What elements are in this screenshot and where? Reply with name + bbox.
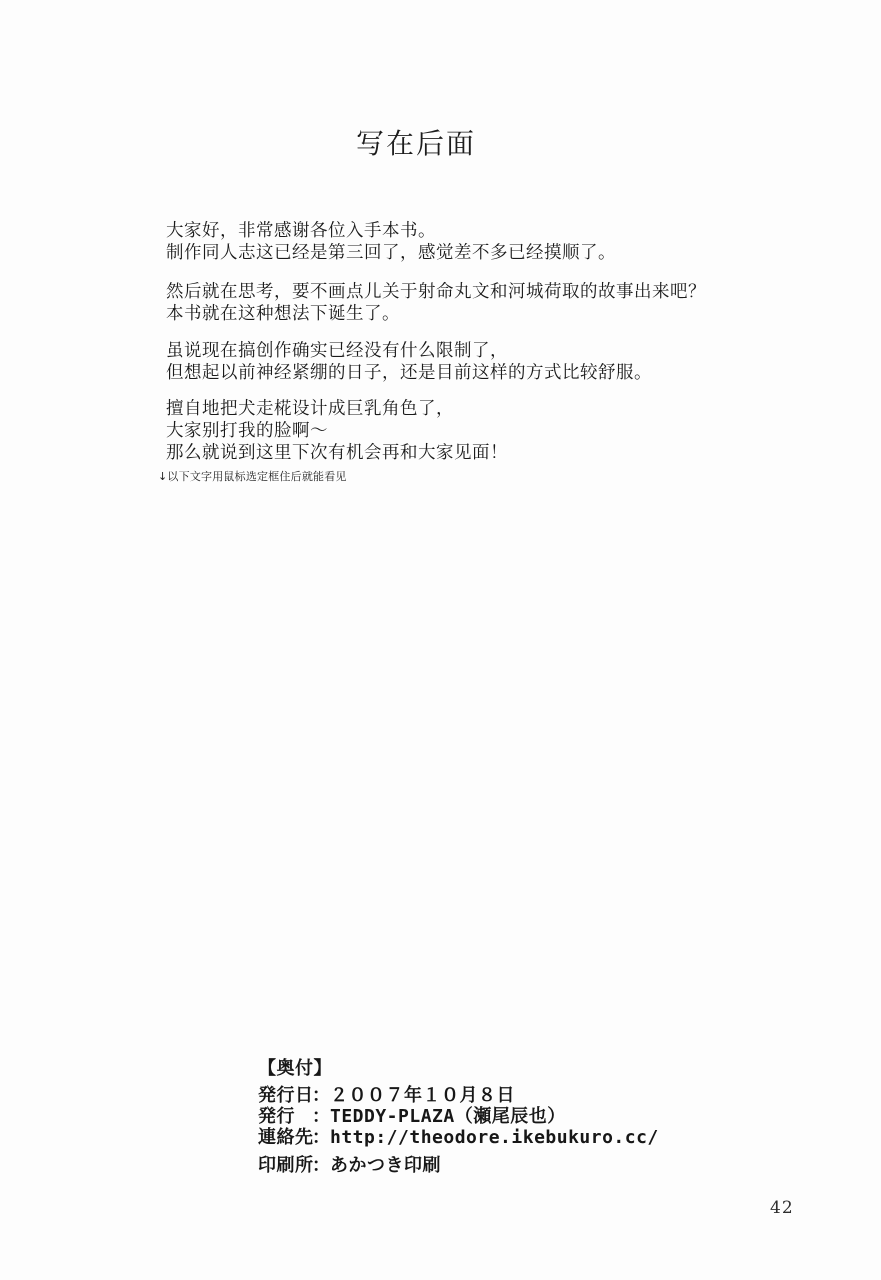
colophon-colon: ： bbox=[312, 1106, 330, 1127]
hidden-text-selection-hint: ↓以下文字用鼠标选定框住后就能看见 bbox=[158, 470, 347, 484]
colophon-colon: ： bbox=[312, 1085, 330, 1106]
colophon-block: 【奥付】 発行日：２００７年１０月８日 発行：TEDDY-PLAZA（瀬尾辰也）… bbox=[258, 1058, 659, 1176]
scanned-afterword-page: 写在后面 大家好，非常感谢各位入手本书。 制作同人志这已经是第三回了，感觉差不多… bbox=[0, 0, 881, 1280]
colophon-row-publish-date: 発行日：２００７年１０月８日 bbox=[258, 1085, 659, 1106]
colophon-value: あかつき印刷 bbox=[330, 1155, 441, 1176]
colophon-rows: 発行日：２００７年１０月８日 発行：TEDDY-PLAZA（瀬尾辰也） 連絡先：… bbox=[258, 1085, 659, 1176]
colophon-colon: ： bbox=[312, 1127, 330, 1148]
colophon-row-publisher: 発行：TEDDY-PLAZA（瀬尾辰也） bbox=[258, 1106, 659, 1127]
afterword-paragraph: 然后就在思考，要不画点儿关于射命丸文和河城荷取的故事出来吧？ 本书就在这种想法下… bbox=[166, 281, 706, 325]
page-number: 42 bbox=[770, 1198, 794, 1218]
afterword-line: 本书就在这种想法下诞生了。 bbox=[166, 303, 706, 325]
afterword-line: 制作同人志这已经是第三回了，感觉差不多已经摸顺了。 bbox=[166, 242, 616, 264]
afterword-line: 虽说现在搞创作确实已经没有什么限制了， bbox=[166, 340, 652, 362]
afterword-line: 大家好，非常感谢各位入手本书。 bbox=[166, 220, 616, 242]
afterword-line: 然后就在思考，要不画点儿关于射命丸文和河城荷取的故事出来吧？ bbox=[166, 281, 706, 303]
colophon-row-contact-url: 連絡先：http://theodore.ikebukuro.cc/ bbox=[258, 1127, 659, 1148]
colophon-label: 発行日 bbox=[258, 1085, 312, 1106]
colophon-value: ２００７年１０月８日 bbox=[330, 1085, 515, 1106]
colophon-label: 連絡先 bbox=[258, 1127, 312, 1148]
afterword-paragraph: 虽说现在搞创作确实已经没有什么限制了， 但想起以前神经紧绷的日子，还是目前这样的… bbox=[166, 340, 652, 384]
colophon-label: 発行 bbox=[258, 1106, 312, 1127]
afterword-paragraph: 擅自地把犬走椛设计成巨乳角色了， 大家别打我的脸啊～ 那么就说到这里下次有机会再… bbox=[166, 398, 508, 464]
afterword-line: 擅自地把犬走椛设计成巨乳角色了， bbox=[166, 398, 508, 420]
page-title: 写在后面 bbox=[166, 122, 666, 162]
colophon-value: http://theodore.ikebukuro.cc/ bbox=[330, 1127, 659, 1148]
colophon-colon: ： bbox=[312, 1155, 330, 1176]
afterword-paragraph: 大家好，非常感谢各位入手本书。 制作同人志这已经是第三回了，感觉差不多已经摸顺了… bbox=[166, 220, 616, 264]
afterword-line: 那么就说到这里下次有机会再和大家见面！ bbox=[166, 442, 508, 464]
colophon-label: 印刷所 bbox=[258, 1155, 312, 1176]
colophon-value: TEDDY-PLAZA（瀬尾辰也） bbox=[330, 1106, 566, 1127]
afterword-line: 大家别打我的脸啊～ bbox=[166, 420, 508, 442]
colophon-row-printer: 印刷所：あかつき印刷 bbox=[258, 1155, 659, 1176]
colophon-header: 【奥付】 bbox=[258, 1058, 659, 1080]
afterword-line: 但想起以前神经紧绷的日子，还是目前这样的方式比较舒服。 bbox=[166, 362, 652, 384]
